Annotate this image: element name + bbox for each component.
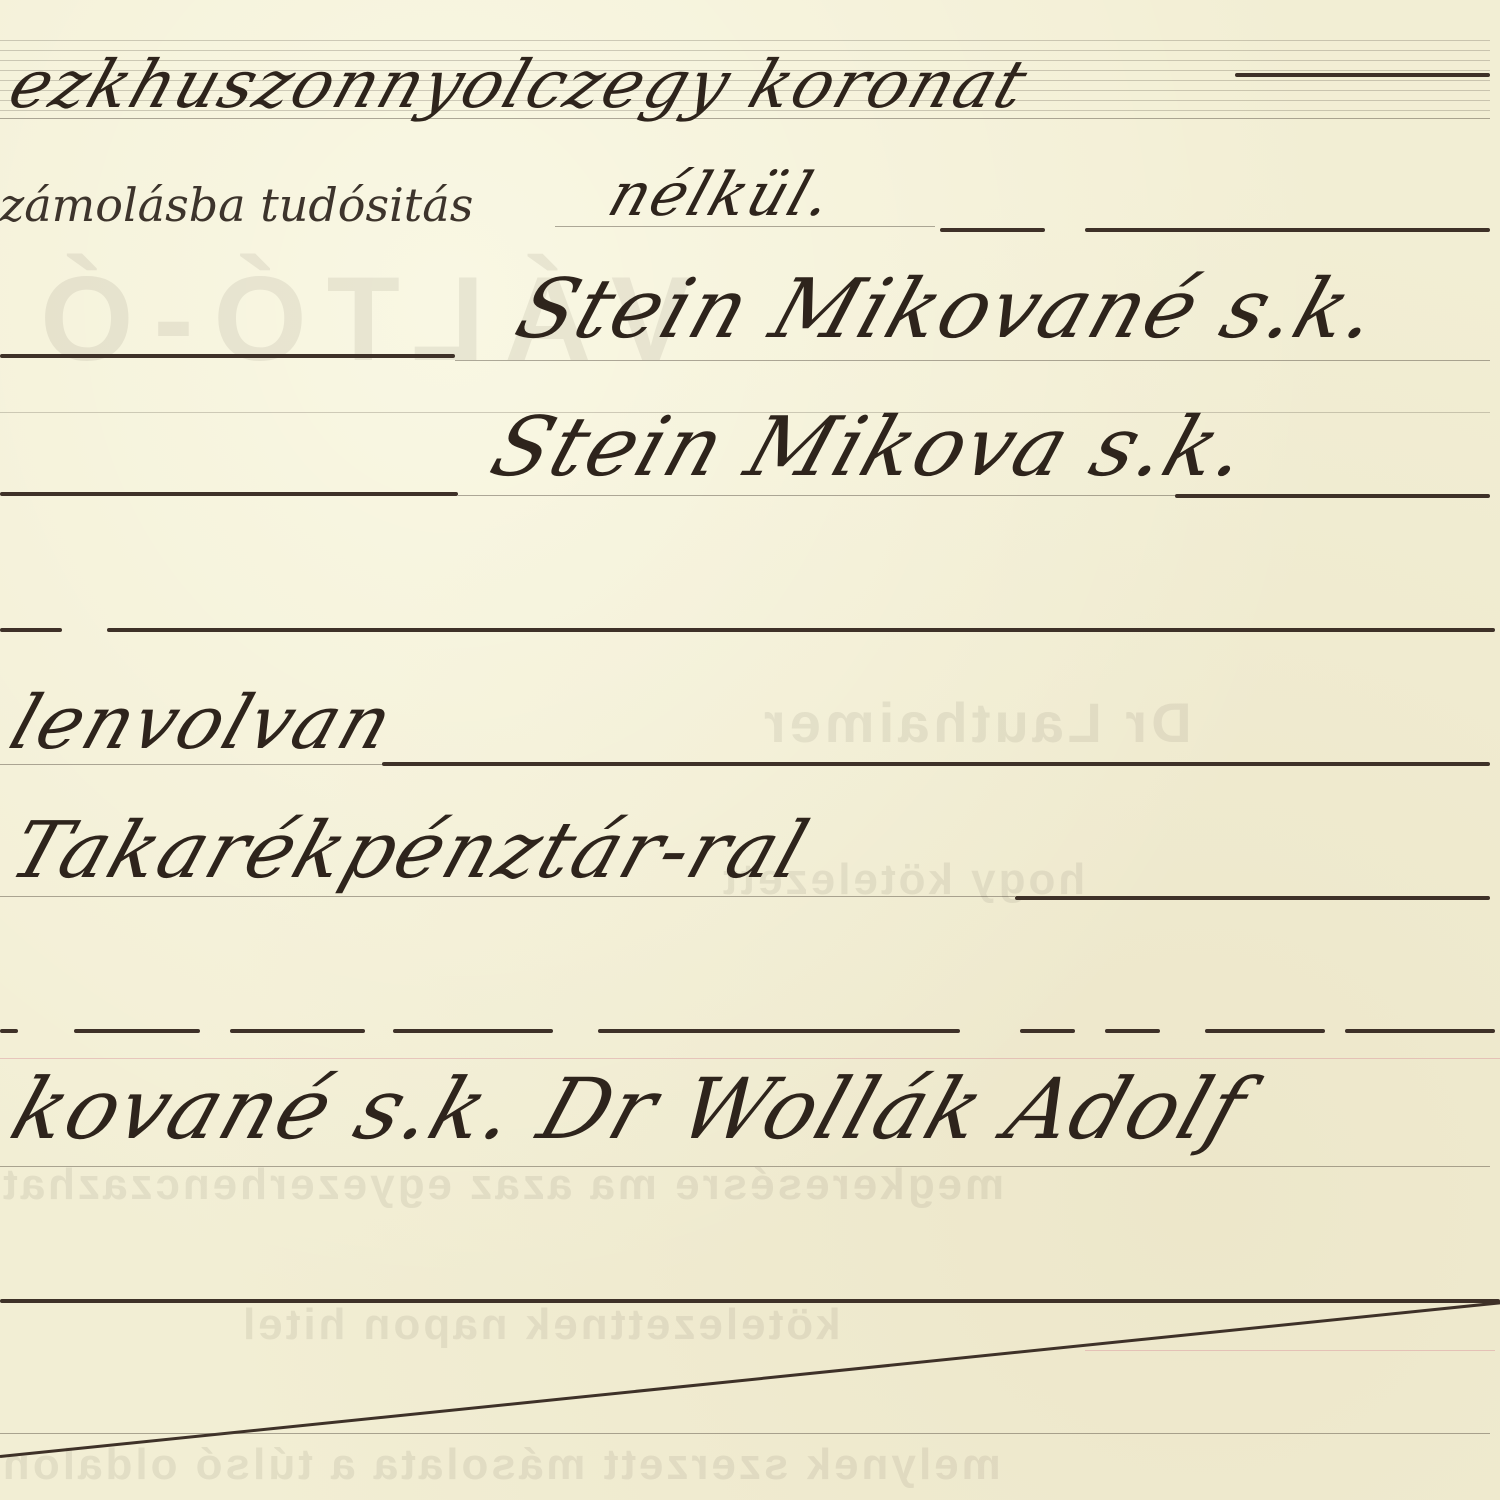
- handwritten-lenvolvan: lenvolvan: [0, 680, 405, 766]
- dashed-rule-segment: [74, 1029, 200, 1033]
- guide-line: [0, 40, 1490, 41]
- dashed-rule-segment: [230, 1029, 365, 1033]
- blank-rule: [107, 628, 1495, 632]
- printed-label-szamolasba: zámolásba tudósitás: [0, 178, 473, 232]
- baseline: [0, 1433, 1490, 1434]
- baseline: [0, 896, 1015, 897]
- baseline: [0, 1166, 1490, 1167]
- fill-rule: [1015, 896, 1490, 900]
- dashed-rule-segment: [1345, 1029, 1495, 1033]
- blank-rule: [0, 628, 62, 632]
- dashed-rule-segment: [393, 1029, 553, 1033]
- fill-rule: [0, 354, 455, 358]
- handwritten-note: nélkül.: [600, 160, 843, 230]
- dashed-rule-segment: [0, 1029, 18, 1033]
- signature-stein-mikova: Stein Mikova s.k.: [480, 400, 1262, 495]
- handwritten-takarekpenztar: Takarékpénztár-ral: [0, 806, 820, 896]
- signatures-dr-wollak-adolf: kované s.k. Dr Wollák Adolf: [0, 1060, 1259, 1158]
- fill-rule: [1235, 73, 1490, 77]
- red-guide-line: [0, 1058, 1500, 1059]
- closing-rule: [0, 1299, 1500, 1303]
- dashed-rule-segment: [1105, 1029, 1160, 1033]
- dashed-rule-segment: [1020, 1029, 1075, 1033]
- fill-rule: [382, 762, 1490, 766]
- dashed-rule-segment: [598, 1029, 960, 1033]
- signature-stein-mikovane: Stein Mikované s.k.: [505, 262, 1392, 357]
- fill-rule: [1175, 494, 1490, 498]
- red-guide-line: [1085, 1350, 1495, 1351]
- baseline: [458, 495, 1178, 496]
- dashed-rule-segment: [1205, 1029, 1325, 1033]
- fill-rule: [940, 228, 1045, 232]
- baseline: [455, 360, 1490, 361]
- fill-rule: [0, 492, 458, 496]
- handwritten-amount: ezkhuszonnyolczegy koronat: [0, 46, 1038, 123]
- fill-rule: [1085, 228, 1490, 232]
